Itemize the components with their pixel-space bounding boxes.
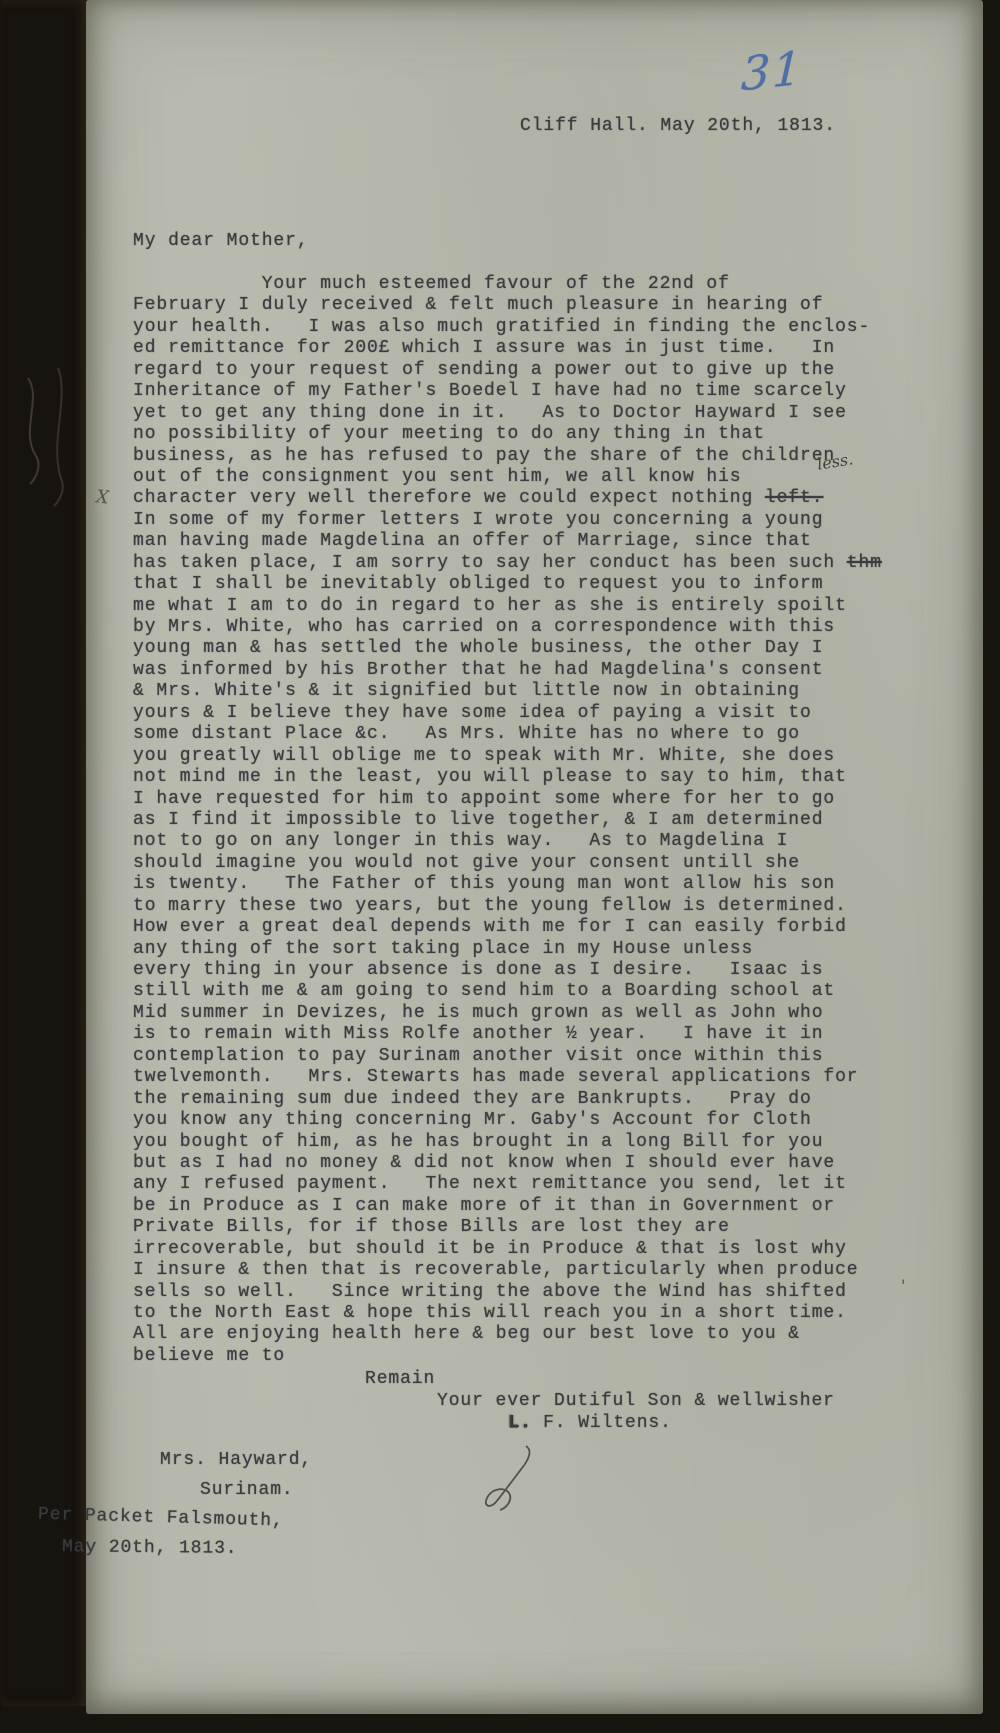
letter-line-text: as I find it impossible to live together… [133,810,823,830]
letter-line-text: ed remittance for 200£ which I assure wa… [133,338,835,358]
letter-line: is to remain with Miss Rolfe another ½ y… [133,1024,882,1045]
letter-line: & Mrs. White's & it signified but little… [133,681,882,702]
struck-word: thm [847,553,882,573]
letter-line: every thing in your absence is done as I… [133,960,882,981]
recipient-name: Mrs. Hayward, [160,1450,312,1470]
letter-line-text: any thing of the sort taking place in my… [133,939,753,959]
letter-line-text: sells so well. Since writing the above t… [133,1282,847,1302]
letter-line: any I refused payment. The next remittan… [133,1174,882,1195]
letter-line: you know any thing concerning Mr. Gaby's… [133,1110,882,1131]
closing-valediction: Your ever Dutiful Son & wellwisher [437,1391,835,1411]
letter-line-text: Inheritance of my Father's Boedel I have… [133,381,847,401]
letter-line-text: that I shall be inevitably obliged to re… [133,574,823,594]
letter-line: business, as he has refused to pay the s… [133,446,882,467]
letter-line-text: to marry these two years, but the young … [133,896,847,916]
letter-line: be in Produce as I can make more of it t… [133,1196,882,1217]
letter-line: not mind me in the least, you will pleas… [133,767,882,788]
letter-line-text: out of the consignment you sent him, we … [133,467,742,487]
page-number-annotation: 31 [740,40,804,101]
letter-line-text: by Mrs. White, who has carried on a corr… [133,617,835,637]
letter-line: has taken place, I am sorry to say her c… [133,553,882,574]
letter-line-text: Private Bills, for if those Bills are lo… [133,1217,730,1237]
letter-line: man having made Magdelina an offer of Ma… [133,531,882,552]
letter-line: Inheritance of my Father's Boedel I have… [133,381,882,402]
letter-line-text: is twenty. The Father of this young man … [133,874,835,894]
letter-line: but as I had no money & did not know whe… [133,1153,882,1174]
letter-line-text: be in Produce as I can make more of it t… [133,1196,835,1216]
letter-line: twelvemonth. Mrs. Stewarts has made seve… [133,1067,882,1088]
letter-line: still with me & am going to send him to … [133,981,882,1002]
letter-line-text: you bought of him, as he has brought in … [133,1132,823,1152]
letter-line: February I duly received & felt much ple… [133,295,882,316]
letter-line: yet to get any thing done in it. As to D… [133,403,882,424]
letter-line-text: you know any thing concerning Mr. Gaby's… [133,1110,812,1130]
per-packet-date: May 20th, 1813. [62,1537,238,1559]
letter-line-text: believe me to [133,1346,285,1366]
letter-line: you bought of him, as he has brought in … [133,1132,882,1153]
letter-line: any thing of the sort taking place in my… [133,939,882,960]
letter-line: believe me to [133,1346,882,1367]
letter-line: irrecoverable, but should it be in Produ… [133,1239,882,1260]
letter-line: your health. I was also much gratified i… [133,317,882,338]
letter-line: sells so well. Since writing the above t… [133,1282,882,1303]
letter-line-text: has taken place, I am sorry to say her c… [133,553,847,573]
letter-line-text: should imagine you would not give your c… [133,853,800,873]
photographed-letter-page: 31 Cliff Hall. May 20th, 1813. My dear M… [0,0,1000,1733]
letter-line: the remaining sum due indeed they are Ba… [133,1089,882,1110]
letter-line-text: to the North East & hope this will reach… [133,1303,847,1323]
book-page-edges [2,0,88,1706]
letter-line-text: but as I had no money & did not know whe… [133,1153,835,1173]
letter-line-text: not to go on any longer in this way. As … [133,831,788,851]
letter-line: no possibility of your meeting to do any… [133,424,882,445]
letter-line: you greatly will oblige me to speak with… [133,746,882,767]
letter-line: was informed by his Brother that he had … [133,660,882,681]
letter-line-text: February I duly received & felt much ple… [133,295,823,315]
letter-line-text: regard to your request of sending a powe… [133,360,835,380]
letter-line-text: How ever a great deal depends with me fo… [133,917,847,937]
letter-line: Your much esteemed favour of the 22nd of [133,274,882,295]
letter-line-text: was informed by his Brother that he had … [133,660,823,680]
letter-line-text: still with me & am going to send him to … [133,981,835,1001]
letter-line-text: contemplation to pay Surinam another vis… [133,1046,823,1066]
letter-dateline: Cliff Hall. May 20th, 1813. [520,116,836,136]
letter-line-text: man having made Magdelina an offer of Ma… [133,531,812,551]
letter-line-text: you greatly will oblige me to speak with… [133,746,835,766]
letter-line: yours & I believe they have some idea of… [133,703,882,724]
letter-line: to the North East & hope this will reach… [133,1303,882,1324]
letter-line-text: irrecoverable, but should it be in Produ… [133,1239,847,1259]
letter-line-text: Mid summer in Devizes, he is much grown … [133,1003,823,1023]
letter-line: some distant Place &c. As Mrs. White has… [133,724,882,745]
letter-line: should imagine you would not give your c… [133,853,882,874]
closing-remain: Remain [365,1369,435,1389]
letter-line-text: character very well therefore we could e… [133,488,765,508]
letter-line-text: some distant Place &c. As Mrs. White has… [133,724,800,744]
letter-line-text: is to remain with Miss Rolfe another ½ y… [133,1024,823,1044]
letter-line-text: me what I am to do in regard to her as s… [133,596,847,616]
letter-line-text: any I refused payment. The next remittan… [133,1174,847,1194]
letter-line-text: yet to get any thing done in it. As to D… [133,403,847,423]
letter-line-text: I have requested for him to appoint some… [133,789,835,809]
letter-line-text: All are enjoying health here & beg our b… [133,1324,800,1344]
letter-line-text: yours & I believe they have some idea of… [133,703,812,723]
letter-line: by Mrs. White, who has carried on a corr… [133,617,882,638]
letter-line: that I shall be inevitably obliged to re… [133,574,882,595]
letter-line: out of the consignment you sent him, we … [133,467,882,488]
stray-ink-tick: ' [901,1276,905,1295]
letter-line: All are enjoying health here & beg our b… [133,1324,882,1345]
struck-word: left. [765,488,824,508]
letter-line: I insure & then that is recoverable, par… [133,1260,882,1281]
letter-line: In some of my former letters I wrote you… [133,510,882,531]
letter-line: I have requested for him to appoint some… [133,789,882,810]
letter-line-text: not mind me in the least, you will pleas… [133,767,847,787]
letter-line: regard to your request of sending a powe… [133,360,882,381]
letter-line-text: twelvemonth. Mrs. Stewarts has made seve… [133,1067,859,1087]
margin-x-mark: X [95,486,110,508]
letter-line-text: every thing in your absence is done as I… [133,960,823,980]
letter-line: contemplation to pay Surinam another vis… [133,1046,882,1067]
letter-line: Private Bills, for if those Bills are lo… [133,1217,882,1238]
letter-line: me what I am to do in regard to her as s… [133,596,882,617]
signature: L. F. Wiltens. [508,1413,672,1433]
letter-body: Your much esteemed favour of the 22nd of… [133,274,882,1367]
letter-line-text: Your much esteemed favour of the 22nd of [133,274,730,294]
letter-line: young man & has settled the whole busine… [133,638,882,659]
letter-line-text: your health. I was also much gratified i… [133,317,870,337]
letter-line: as I find it impossible to live together… [133,810,882,831]
letter-line: character very well therefore we could e… [133,488,882,509]
letter-line: not to go on any longer in this way. As … [133,831,882,852]
letter-line: is twenty. The Father of this young man … [133,874,882,895]
salutation: My dear Mother, [133,231,309,251]
letter-line-text: young man & has settled the whole busine… [133,638,823,658]
letter-line-text: the remaining sum due indeed they are Ba… [133,1089,812,1109]
letter-line: ed remittance for 200£ which I assure wa… [133,338,882,359]
handwritten-flourish [480,1442,540,1514]
letter-line-text: business, as he has refused to pay the s… [133,446,835,466]
letter-line: to marry these two years, but the young … [133,896,882,917]
letter-line-text: no possibility of your meeting to do any… [133,424,765,444]
letter-line: How ever a great deal depends with me fo… [133,917,882,938]
letter-line-text: & Mrs. White's & it signified but little… [133,681,800,701]
letter-line-text: In some of my former letters I wrote you… [133,510,823,530]
letter-line-text: I insure & then that is recoverable, par… [133,1260,859,1280]
letter-line: Mid summer in Devizes, he is much grown … [133,1003,882,1024]
recipient-location: Surinam. [200,1480,294,1500]
